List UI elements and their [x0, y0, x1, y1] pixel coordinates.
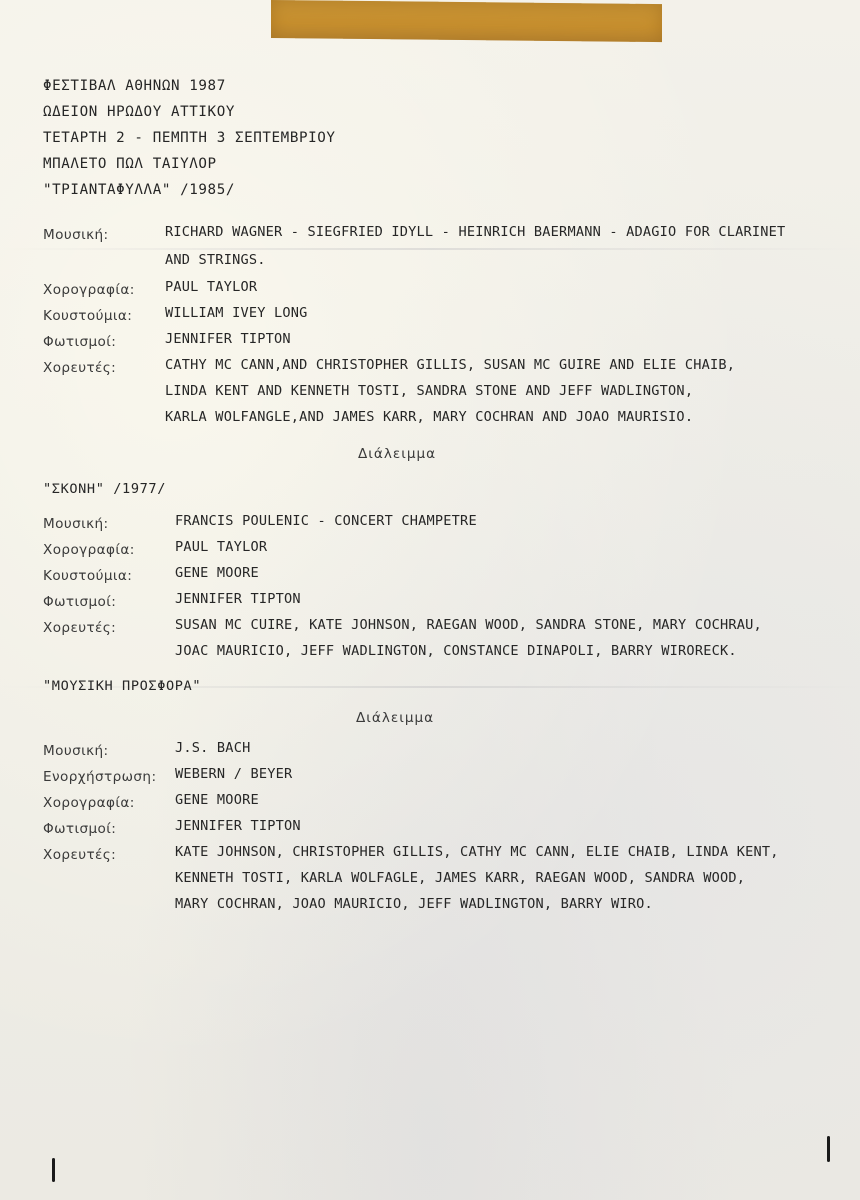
- credit-value: PAUL TAYLOR: [175, 539, 267, 555]
- credit-value: JENNIFER TIPTON: [175, 591, 301, 607]
- credit-value: GENE MOORE: [175, 792, 259, 808]
- credit-value: KATE JOHNSON, CHRISTOPHER GILLIS, CATHY …: [175, 844, 779, 860]
- credit-value: KENNETH TOSTI, KARLA WOLFAGLE, JAMES KAR…: [175, 870, 745, 886]
- credit-label-choreography: Χορογραφία:: [43, 795, 135, 811]
- credit-label-choreography: Χορογραφία:: [43, 542, 135, 558]
- credit-value: WEBERN / BEYER: [175, 766, 292, 782]
- credit-label-dancers: Χορευτές:: [43, 360, 116, 376]
- work-title: "ΤΡΙΑΝΤΑΦΥΛΛΑ" /1985/: [43, 182, 235, 198]
- paper-fold: [0, 248, 860, 250]
- credit-label-music: Μουσική:: [43, 516, 109, 532]
- credit-value: JENNIFER TIPTON: [175, 818, 301, 834]
- paper-background: [0, 0, 860, 1200]
- header-line: ΩΔΕΙΟΝ ΗΡΩΔΟΥ ΑΤΤΙΚΟΥ: [43, 104, 235, 120]
- header-line: ΤΕΤΑΡΤΗ 2 - ΠΕΜΠΤΗ 3 ΣΕΠΤΕΜΒΡΙΟΥ: [43, 130, 336, 146]
- ink-mark: [827, 1136, 830, 1162]
- interval-label: Διάλειμμα: [358, 446, 436, 462]
- credit-value: AND STRINGS.: [165, 252, 266, 268]
- credit-label-costumes: Κουστούμια:: [43, 568, 132, 584]
- work-title: "ΣΚΟΝΗ" /1977/: [43, 481, 166, 497]
- credit-label-music: Μουσική:: [43, 743, 109, 759]
- header-line: ΜΠΑΛΕΤΟ ΠΩΛ ΤΑΙΥΛΟΡ: [43, 156, 217, 172]
- credit-label-dancers: Χορευτές:: [43, 620, 116, 636]
- ink-mark: [52, 1158, 55, 1182]
- credit-label-orchestration: Ενορχήστρωση:: [43, 769, 156, 785]
- credit-label-choreography: Χορογραφία:: [43, 282, 135, 298]
- header-line: ΦΕΣΤΙΒΑΛ ΑΘΗΝΩΝ 1987: [43, 78, 226, 94]
- credit-label-dancers: Χορευτές:: [43, 847, 116, 863]
- credit-value: PAUL TAYLOR: [165, 279, 257, 295]
- credit-value: SUSAN MC CUIRE, KATE JOHNSON, RAEGAN WOO…: [175, 617, 762, 633]
- credit-value: MARY COCHRAN, JOAO MAURICIO, JEFF WADLIN…: [175, 896, 653, 912]
- credit-value: LINDA KENT AND KENNETH TOSTI, SANDRA STO…: [165, 383, 693, 399]
- credit-value: FRANCIS POULENIC - CONCERT CHAMPETRE: [175, 513, 477, 529]
- credit-label-costumes: Κουστούμια:: [43, 308, 132, 324]
- credit-value: JENNIFER TIPTON: [165, 331, 291, 347]
- credit-label-music: Μουσική:: [43, 227, 109, 243]
- adhesive-tape: [271, 0, 662, 42]
- credit-value: CATHY MC CANN,AND CHRISTOPHER GILLIS, SU…: [165, 357, 735, 373]
- credit-label-lighting: Φωτισμοί:: [43, 594, 116, 610]
- credit-value: RICHARD WAGNER - SIEGFRIED IDYLL - HEINR…: [165, 224, 785, 240]
- credit-label-lighting: Φωτισμοί:: [43, 821, 116, 837]
- work-title: "ΜΟΥΣΙΚΗ ΠΡΟΣΦΟΡΑ": [43, 678, 201, 694]
- interval-label: Διάλειμμα: [356, 710, 434, 726]
- credit-value: KARLA WOLFANGLE,AND JAMES KARR, MARY COC…: [165, 409, 693, 425]
- credit-value: WILLIAM IVEY LONG: [165, 305, 308, 321]
- credit-value: GENE MOORE: [175, 565, 259, 581]
- credit-label-lighting: Φωτισμοί:: [43, 334, 116, 350]
- credit-value: JOAC MAURICIO, JEFF WADLINGTON, CONSTANC…: [175, 643, 737, 659]
- credit-value: J.S. BACH: [175, 740, 250, 756]
